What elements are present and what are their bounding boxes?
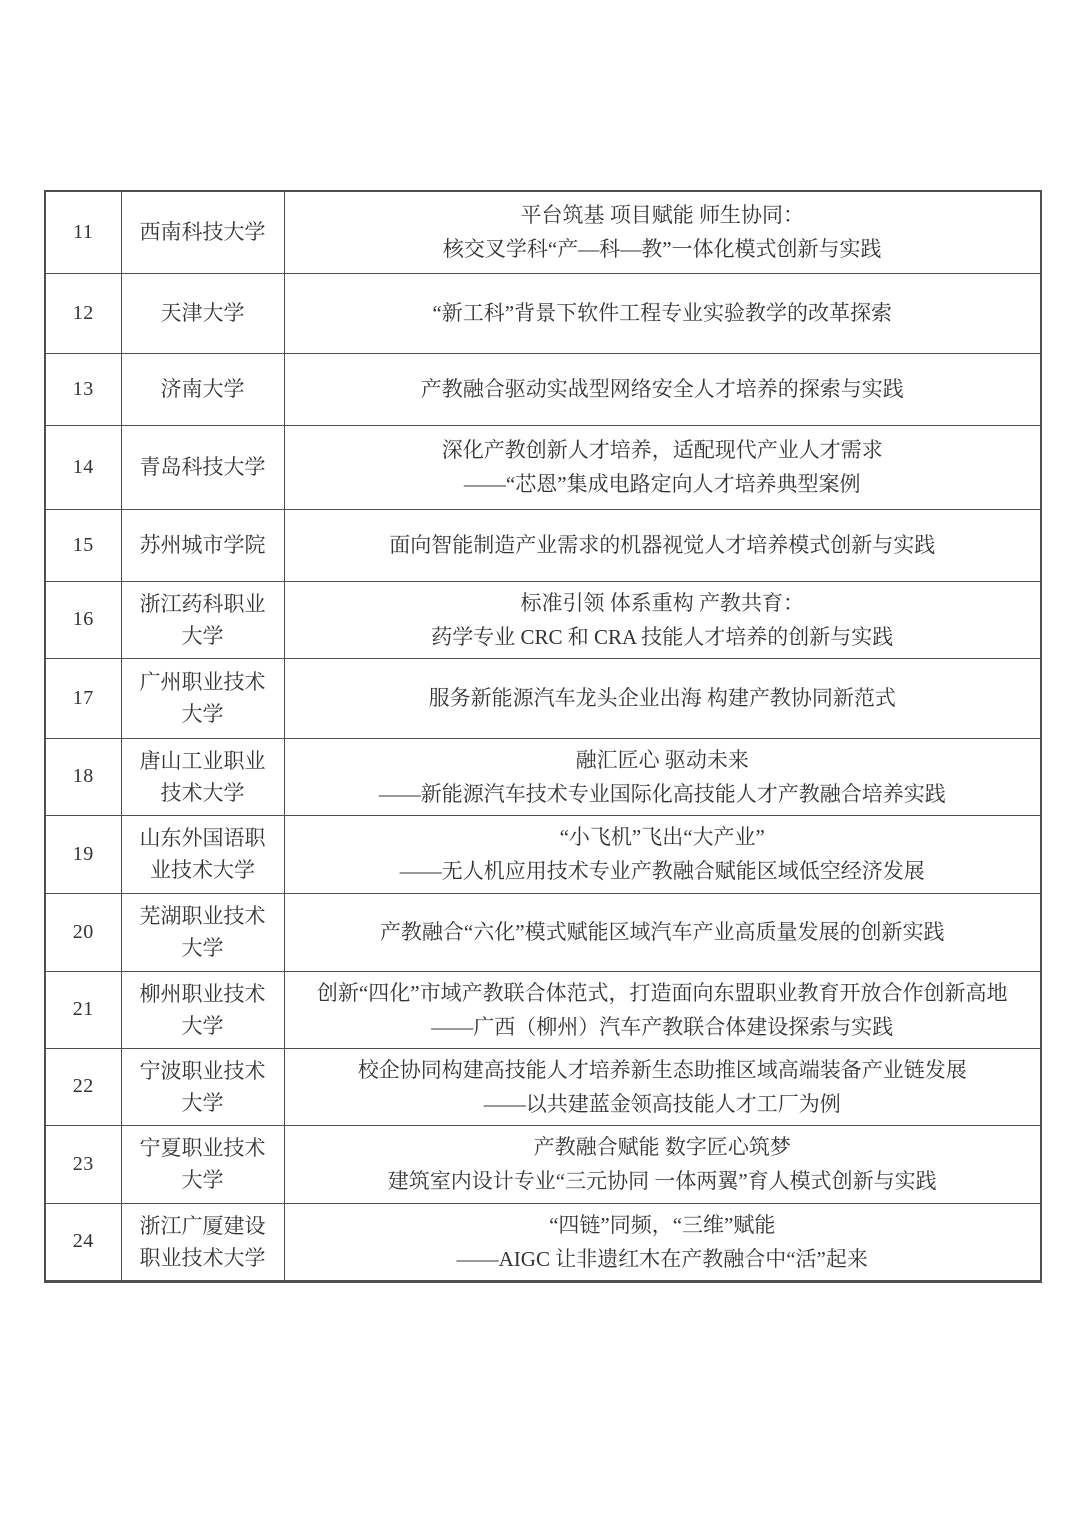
table-row: 20 芜湖职业技术大学 产教融合“六化”模式赋能区域汽车产业高质量发展的创新实践 [45,893,1041,971]
project-title-line: 面向智能制造产业需求的机器视觉人才培养模式创新与实践 [295,528,1031,562]
row-number: 18 [45,738,121,815]
university-name: 宁波职业技术大学 [121,1048,284,1125]
university-name: 浙江广厦建设职业技术大学 [121,1203,284,1281]
row-number: 13 [45,353,121,425]
project-title-line: 平台筑基 项目赋能 师生协同： [295,198,1031,232]
project-title-line: ——以共建蓝金领高技能人才工厂为例 [295,1087,1031,1121]
project-title: “新工科”背景下软件工程专业实验教学的改革探索 [284,273,1041,353]
project-title: 面向智能制造产业需求的机器视觉人才培养模式创新与实践 [284,509,1041,581]
row-number: 20 [45,893,121,971]
row-number: 12 [45,273,121,353]
row-number: 14 [45,425,121,509]
project-title-line: ——广西（柳州）汽车产教联合体建设探索与实践 [295,1010,1031,1044]
project-title-line: 标准引领 体系重构 产教共育： [295,586,1031,620]
university-name: 山东外国语职业技术大学 [121,815,284,893]
project-title-line: 校企协同构建高技能人才培养新生态助推区域高端装备产业链发展 [295,1053,1031,1087]
university-name: 宁夏职业技术大学 [121,1125,284,1203]
table-row: 23 宁夏职业技术大学 产教融合赋能 数字匠心筑梦 建筑室内设计专业“三元协同 … [45,1125,1041,1203]
table-row: 13 济南大学 产教融合驱动实战型网络安全人才培养的探索与实践 [45,353,1041,425]
project-title-line: 核交叉学科“产—科—教”一体化模式创新与实践 [295,232,1031,266]
table-row: 16 浙江药科职业大学 标准引领 体系重构 产教共育： 药学专业 CRC 和 C… [45,581,1041,658]
project-title-line: 产教融合赋能 数字匠心筑梦 [295,1130,1031,1164]
row-number: 17 [45,658,121,738]
university-name: 浙江药科职业大学 [121,581,284,658]
row-number: 16 [45,581,121,658]
table-row: 11 西南科技大学 平台筑基 项目赋能 师生协同： 核交叉学科“产—科—教”一体… [45,191,1041,273]
project-title-line: 产教融合驱动实战型网络安全人才培养的探索与实践 [295,372,1031,406]
row-number: 11 [45,191,121,273]
row-number: 21 [45,971,121,1048]
university-name: 唐山工业职业技术大学 [121,738,284,815]
project-title-line: ——无人机应用技术专业产教融合赋能区域低空经济发展 [295,854,1031,888]
project-title: 服务新能源汽车龙头企业出海 构建产教协同新范式 [284,658,1041,738]
university-name: 青岛科技大学 [121,425,284,509]
project-title: 平台筑基 项目赋能 师生协同： 核交叉学科“产—科—教”一体化模式创新与实践 [284,191,1041,273]
table-row: 19 山东外国语职业技术大学 “小飞机”飞出“大产业” ——无人机应用技术专业产… [45,815,1041,893]
table-row: 17 广州职业技术大学 服务新能源汽车龙头企业出海 构建产教协同新范式 [45,658,1041,738]
project-title-line: “新工科”背景下软件工程专业实验教学的改革探索 [295,296,1031,330]
project-title-line: 服务新能源汽车龙头企业出海 构建产教协同新范式 [295,681,1031,715]
row-number: 24 [45,1203,121,1281]
project-title: 深化产教创新人才培养，适配现代产业人才需求 ——“芯恩”集成电路定向人才培养典型… [284,425,1041,509]
project-title: 校企协同构建高技能人才培养新生态助推区域高端装备产业链发展 ——以共建蓝金领高技… [284,1048,1041,1125]
table-row: 22 宁波职业技术大学 校企协同构建高技能人才培养新生态助推区域高端装备产业链发… [45,1048,1041,1125]
project-title: 产教融合赋能 数字匠心筑梦 建筑室内设计专业“三元协同 一体两翼”育人模式创新与… [284,1125,1041,1203]
project-title-line: 建筑室内设计专业“三元协同 一体两翼”育人模式创新与实践 [295,1164,1031,1198]
table-row: 18 唐山工业职业技术大学 融汇匠心 驱动未来 ——新能源汽车技术专业国际化高技… [45,738,1041,815]
project-title: 创新“四化”市域产教联合体范式，打造面向东盟职业教育开放合作创新高地 ——广西（… [284,971,1041,1048]
project-title-line: 创新“四化”市域产教联合体范式，打造面向东盟职业教育开放合作创新高地 [295,976,1031,1010]
university-name: 天津大学 [121,273,284,353]
project-title-line: “四链”同频，“三维”赋能 [295,1208,1031,1242]
table-row: 21 柳州职业技术大学 创新“四化”市域产教联合体范式，打造面向东盟职业教育开放… [45,971,1041,1048]
university-name: 苏州城市学院 [121,509,284,581]
table-row: 15 苏州城市学院 面向智能制造产业需求的机器视觉人才培养模式创新与实践 [45,509,1041,581]
project-title: 产教融合“六化”模式赋能区域汽车产业高质量发展的创新实践 [284,893,1041,971]
document-page: 11 西南科技大学 平台筑基 项目赋能 师生协同： 核交叉学科“产—科—教”一体… [0,0,1080,1527]
table-row: 14 青岛科技大学 深化产教创新人才培养，适配现代产业人才需求 ——“芯恩”集成… [45,425,1041,509]
project-title: 标准引领 体系重构 产教共育： 药学专业 CRC 和 CRA 技能人才培养的创新… [284,581,1041,658]
table-row: 12 天津大学 “新工科”背景下软件工程专业实验教学的改革探索 [45,273,1041,353]
row-number: 15 [45,509,121,581]
project-title-line: 药学专业 CRC 和 CRA 技能人才培养的创新与实践 [295,620,1031,654]
project-title: 产教融合驱动实战型网络安全人才培养的探索与实践 [284,353,1041,425]
project-title: 融汇匠心 驱动未来 ——新能源汽车技术专业国际化高技能人才产教融合培养实践 [284,738,1041,815]
university-name: 柳州职业技术大学 [121,971,284,1048]
row-number: 23 [45,1125,121,1203]
project-title: “四链”同频，“三维”赋能 ——AIGC 让非遗红木在产教融合中“活”起来 [284,1203,1041,1281]
university-name: 芜湖职业技术大学 [121,893,284,971]
project-title-line: ——“芯恩”集成电路定向人才培养典型案例 [295,467,1031,501]
project-title-line: ——新能源汽车技术专业国际化高技能人才产教融合培养实践 [295,777,1031,811]
project-title-line: ——AIGC 让非遗红木在产教融合中“活”起来 [295,1242,1031,1276]
project-title: “小飞机”飞出“大产业” ——无人机应用技术专业产教融合赋能区域低空经济发展 [284,815,1041,893]
project-title-line: 产教融合“六化”模式赋能区域汽车产业高质量发展的创新实践 [295,915,1031,949]
row-number: 22 [45,1048,121,1125]
university-project-table: 11 西南科技大学 平台筑基 项目赋能 师生协同： 核交叉学科“产—科—教”一体… [44,190,1042,1283]
university-name: 济南大学 [121,353,284,425]
university-name: 广州职业技术大学 [121,658,284,738]
university-name: 西南科技大学 [121,191,284,273]
university-project-table-wrap: 11 西南科技大学 平台筑基 项目赋能 师生协同： 核交叉学科“产—科—教”一体… [44,190,1040,1283]
project-title-line: “小飞机”飞出“大产业” [295,820,1031,854]
project-title-line: 融汇匠心 驱动未来 [295,743,1031,777]
project-title-line: 深化产教创新人才培养，适配现代产业人才需求 [295,433,1031,467]
row-number: 19 [45,815,121,893]
table-row: 24 浙江广厦建设职业技术大学 “四链”同频，“三维”赋能 ——AIGC 让非遗… [45,1203,1041,1281]
